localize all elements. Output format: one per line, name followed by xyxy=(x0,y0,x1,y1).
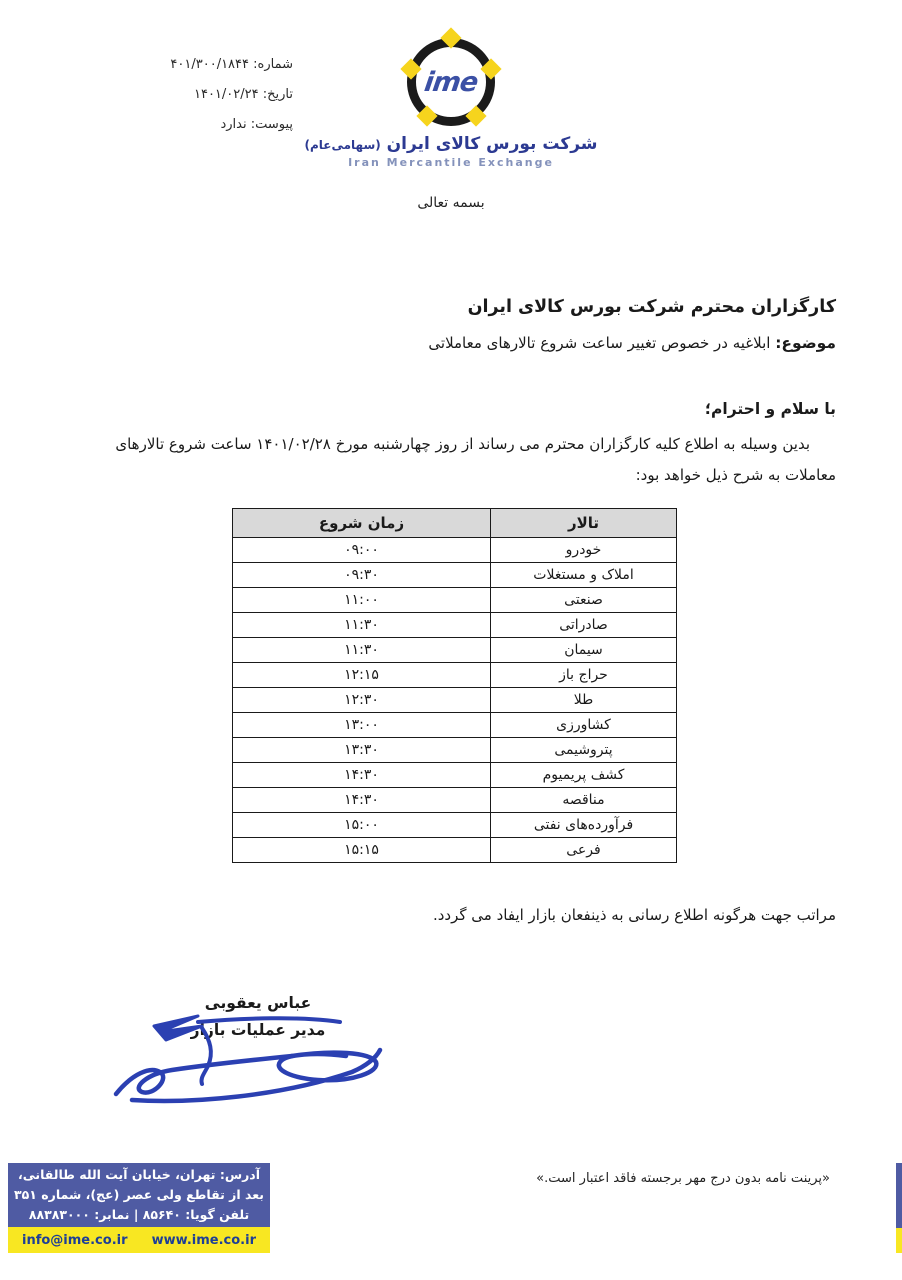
table-row: کشف پریمیوم۱۴:۳۰ xyxy=(233,763,677,788)
ime-logo: ime xyxy=(407,38,495,126)
signature-scribble-icon xyxy=(102,1008,397,1108)
company-name-en: Iran Mercantile Exchange xyxy=(0,156,902,169)
letterhead: ime شرکت بورس کالای ایران (سهامی‌عام) Ir… xyxy=(0,38,902,169)
footer-note: «پرینت نامه بدون درج مهر برجسته فاقد اعت… xyxy=(536,1171,830,1186)
body-paragraph: بدین وسیله به اطلاع کلیه کارگزاران محترم… xyxy=(91,429,836,491)
table-row: پتروشیمی۱۳:۳۰ xyxy=(233,738,677,763)
footer-contact-strip: info@ime.co.ir www.ime.co.ir xyxy=(8,1227,270,1253)
time-cell: ۱۵:۱۵ xyxy=(233,838,491,863)
hall-cell: کشاورزی xyxy=(491,713,677,738)
table-header-row: تالار زمان شروع xyxy=(233,509,677,538)
footer-address-line: بعد از تقاطع ولی عصر (عج)، شماره ۳۵۱ xyxy=(8,1185,270,1205)
time-cell: ۱۴:۳۰ xyxy=(233,788,491,813)
time-cell: ۱۱:۰۰ xyxy=(233,588,491,613)
footer-edge-yellow xyxy=(896,1228,902,1253)
footer-address: آدرس: تهران، خیابان آیت الله طالقانی، بع… xyxy=(8,1163,270,1227)
hall-cell: فرعی xyxy=(491,838,677,863)
footer-address-line: آدرس: تهران، خیابان آیت الله طالقانی، xyxy=(8,1165,270,1185)
subject-text: ابلاغیه در خصوص تغییر ساعت شروع تالارهای… xyxy=(428,334,775,352)
letter-page: شماره: ۴۰۱/۳۰۰/۱۸۴۴ تاریخ: ۱۴۰۱/۰۲/۲۴ پی… xyxy=(0,0,902,1280)
footer-email: info@ime.co.ir xyxy=(22,1233,128,1248)
signature-ink xyxy=(102,1008,397,1108)
closing-line: مراتب جهت هرگونه اطلاع رسانی به ذینفعان … xyxy=(433,906,836,924)
hall-cell: طلا xyxy=(491,688,677,713)
company-name-fa: شرکت بورس کالای ایران (سهامی‌عام) xyxy=(0,134,902,154)
hall-cell: مناقصه xyxy=(491,788,677,813)
addressee-heading: کارگزاران محترم شرکت بورس کالای ایران xyxy=(468,297,836,317)
star-icon xyxy=(440,27,461,48)
time-cell: ۰۹:۰۰ xyxy=(233,538,491,563)
time-cell: ۱۵:۰۰ xyxy=(233,813,491,838)
hall-cell: املاک و مستغلات xyxy=(491,563,677,588)
table-row: مناقصه۱۴:۳۰ xyxy=(233,788,677,813)
hall-cell: صادراتی xyxy=(491,613,677,638)
hall-cell: فرآورده‌های نفتی xyxy=(491,813,677,838)
time-cell: ۱۱:۳۰ xyxy=(233,613,491,638)
footer-address-line: تلفن گویا: ۸۵۶۴۰ | نمابر: ۸۸۳۸۳۰۰۰ xyxy=(8,1205,270,1225)
time-cell: ۱۴:۳۰ xyxy=(233,763,491,788)
company-name-fa-suffix: (سهامی‌عام) xyxy=(304,138,380,152)
bismillah-text: بسمه تعالی xyxy=(0,195,902,211)
footer-website: www.ime.co.ir xyxy=(152,1233,256,1248)
hall-cell: کشف پریمیوم xyxy=(491,763,677,788)
salutation: با سلام و احترام؛ xyxy=(705,400,836,418)
hall-cell: خودرو xyxy=(491,538,677,563)
subject-label: موضوع: xyxy=(775,334,836,352)
subject-line: موضوع: ابلاغیه در خصوص تغییر ساعت شروع ت… xyxy=(428,334,836,352)
footer-edge-blue xyxy=(896,1163,902,1228)
table-row: املاک و مستغلات۰۹:۳۰ xyxy=(233,563,677,588)
schedule-table: تالار زمان شروع خودرو۰۹:۰۰ املاک و مستغل… xyxy=(232,508,677,863)
hall-cell: پتروشیمی xyxy=(491,738,677,763)
schedule-table-wrap: تالار زمان شروع خودرو۰۹:۰۰ املاک و مستغل… xyxy=(232,508,676,863)
table-row: فرعی۱۵:۱۵ xyxy=(233,838,677,863)
table-row: صادراتی۱۱:۳۰ xyxy=(233,613,677,638)
hall-cell: سیمان xyxy=(491,638,677,663)
time-cell: ۰۹:۳۰ xyxy=(233,563,491,588)
time-cell: ۱۳:۰۰ xyxy=(233,713,491,738)
ime-monogram: ime xyxy=(411,47,491,117)
time-cell: ۱۱:۳۰ xyxy=(233,638,491,663)
time-column-header: زمان شروع xyxy=(233,509,491,538)
table-row: فرآورده‌های نفتی۱۵:۰۰ xyxy=(233,813,677,838)
hall-column-header: تالار xyxy=(491,509,677,538)
table-row: سیمان۱۱:۳۰ xyxy=(233,638,677,663)
hall-cell: حراج باز xyxy=(491,663,677,688)
table-row: صنعتی۱۱:۰۰ xyxy=(233,588,677,613)
hall-cell: صنعتی xyxy=(491,588,677,613)
table-row: حراج باز۱۲:۱۵ xyxy=(233,663,677,688)
table-row: کشاورزی۱۳:۰۰ xyxy=(233,713,677,738)
table-row: خودرو۰۹:۰۰ xyxy=(233,538,677,563)
company-name-fa-text: شرکت بورس کالای ایران xyxy=(387,134,598,154)
table-row: طلا۱۲:۳۰ xyxy=(233,688,677,713)
time-cell: ۱۲:۳۰ xyxy=(233,688,491,713)
time-cell: ۱۲:۱۵ xyxy=(233,663,491,688)
time-cell: ۱۳:۳۰ xyxy=(233,738,491,763)
